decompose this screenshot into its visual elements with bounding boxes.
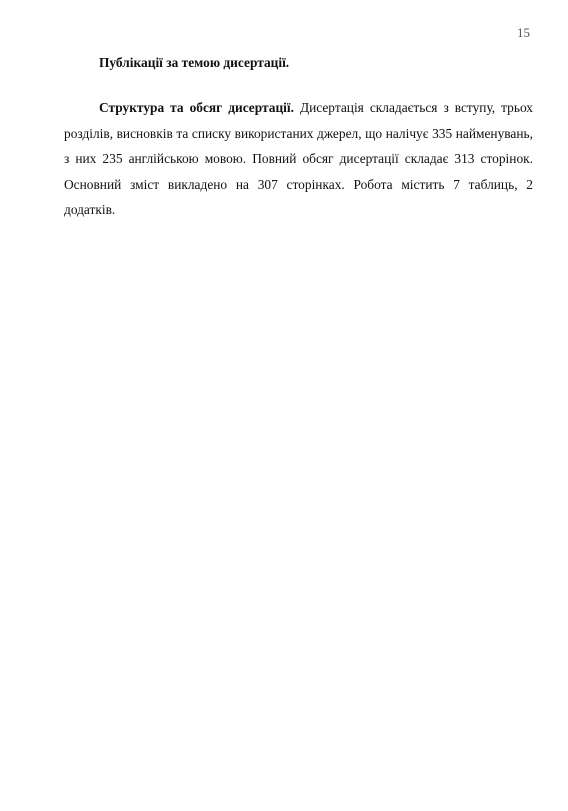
structure-heading: Структура та обсяг дисертації. [99, 100, 294, 115]
page-number: 15 [517, 25, 530, 41]
structure-paragraph: Структура та обсяг дисертації. Дисертаці… [64, 95, 533, 223]
structure-text: Дисертація складається з вступу, трьох р… [64, 100, 533, 217]
publications-heading: Публікації за темою дисертації. [99, 55, 289, 71]
